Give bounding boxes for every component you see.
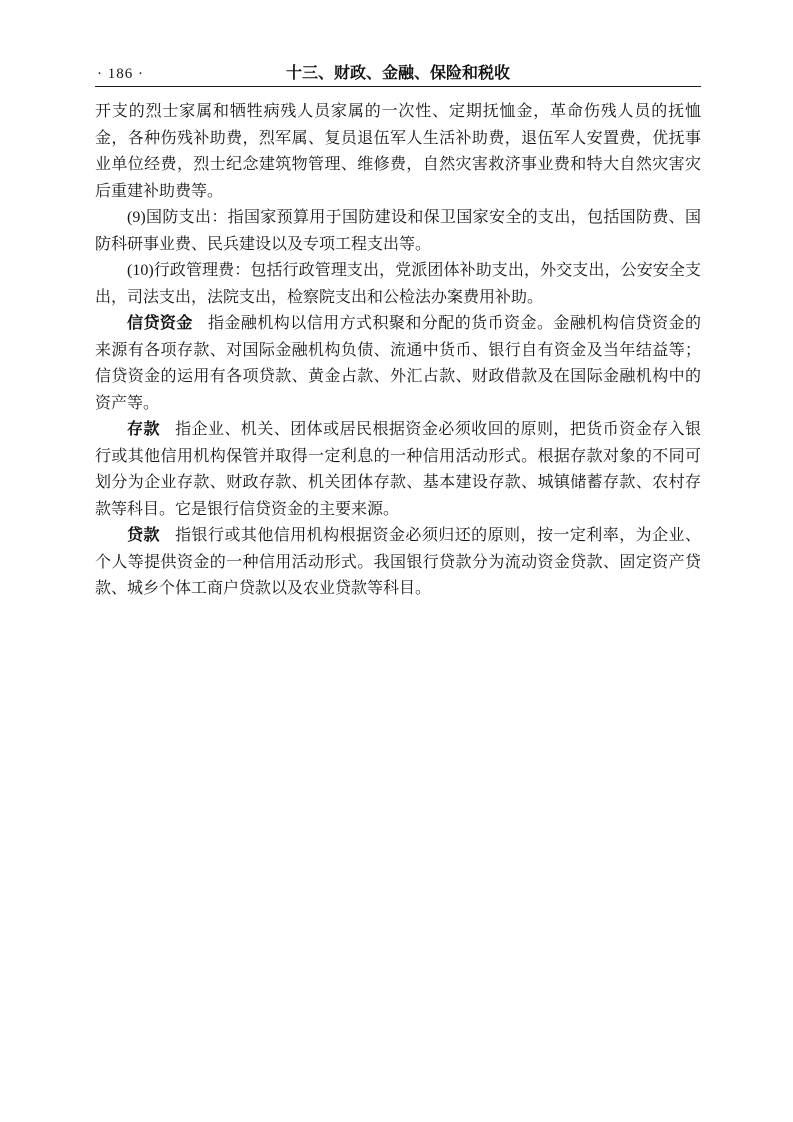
paragraph-text: (9)国防支出：指国家预算用于国防建设和保卫国家安全的支出，包括国防费、国防科研… xyxy=(95,209,701,253)
paragraph-defense-expenditure: (9)国防支出：指国家预算用于国防建设和保卫国家安全的支出，包括国防费、国防科研… xyxy=(95,205,701,258)
term-label: 存款 xyxy=(127,421,160,438)
paragraph-text: (10)行政管理费：包括行政管理支出，党派团体补助支出，外交支出，公安安全支出，… xyxy=(95,262,701,306)
paragraph-text: 指银行或其他信用机构根据资金必须归还的原则，按一定利率，为企业、个人等提供资金的… xyxy=(95,527,701,597)
paragraph-text: 指企业、机关、团体或居民根据资金必须收回的原则，把货币资金存入银行或其他信用机构… xyxy=(95,421,701,518)
term-label: 贷款 xyxy=(127,527,160,544)
paragraph-loans: 贷款指银行或其他信用机构根据资金必须归还的原则，按一定利率，为企业、个人等提供资… xyxy=(95,523,701,603)
paragraph-text: 开支的烈士家属和牺牲病残人员家属的一次性、定期抚恤金，革命伤残人员的抚恤金，各种… xyxy=(95,103,701,200)
paragraph-admin-expense: (10)行政管理费：包括行政管理支出，党派团体补助支出，外交支出，公安安全支出，… xyxy=(95,258,701,311)
document-body: 开支的烈士家属和牺牲病残人员家属的一次性、定期抚恤金，革命伤残人员的抚恤金，各种… xyxy=(95,99,701,603)
document-page: · 186 · 十三、财政、金融、保险和税收 开支的烈士家属和牺牲病残人员家属的… xyxy=(0,0,793,1122)
term-label: 信贷资金 xyxy=(127,315,193,332)
chapter-title: 十三、财政、金融、保险和税收 xyxy=(95,60,701,83)
paragraph-deposits: 存款指企业、机关、团体或居民根据资金必须收回的原则，把货币资金存入银行或其他信用… xyxy=(95,417,701,523)
paragraph-continuation: 开支的烈士家属和牺牲病残人员家属的一次性、定期抚恤金，革命伤残人员的抚恤金，各种… xyxy=(95,99,701,205)
paragraph-credit-funds: 信贷资金指金融机构以信用方式积聚和分配的货币资金。金融机构信贷资金的来源有各项存… xyxy=(95,311,701,417)
page-header: · 186 · 十三、财政、金融、保险和税收 xyxy=(95,62,701,87)
